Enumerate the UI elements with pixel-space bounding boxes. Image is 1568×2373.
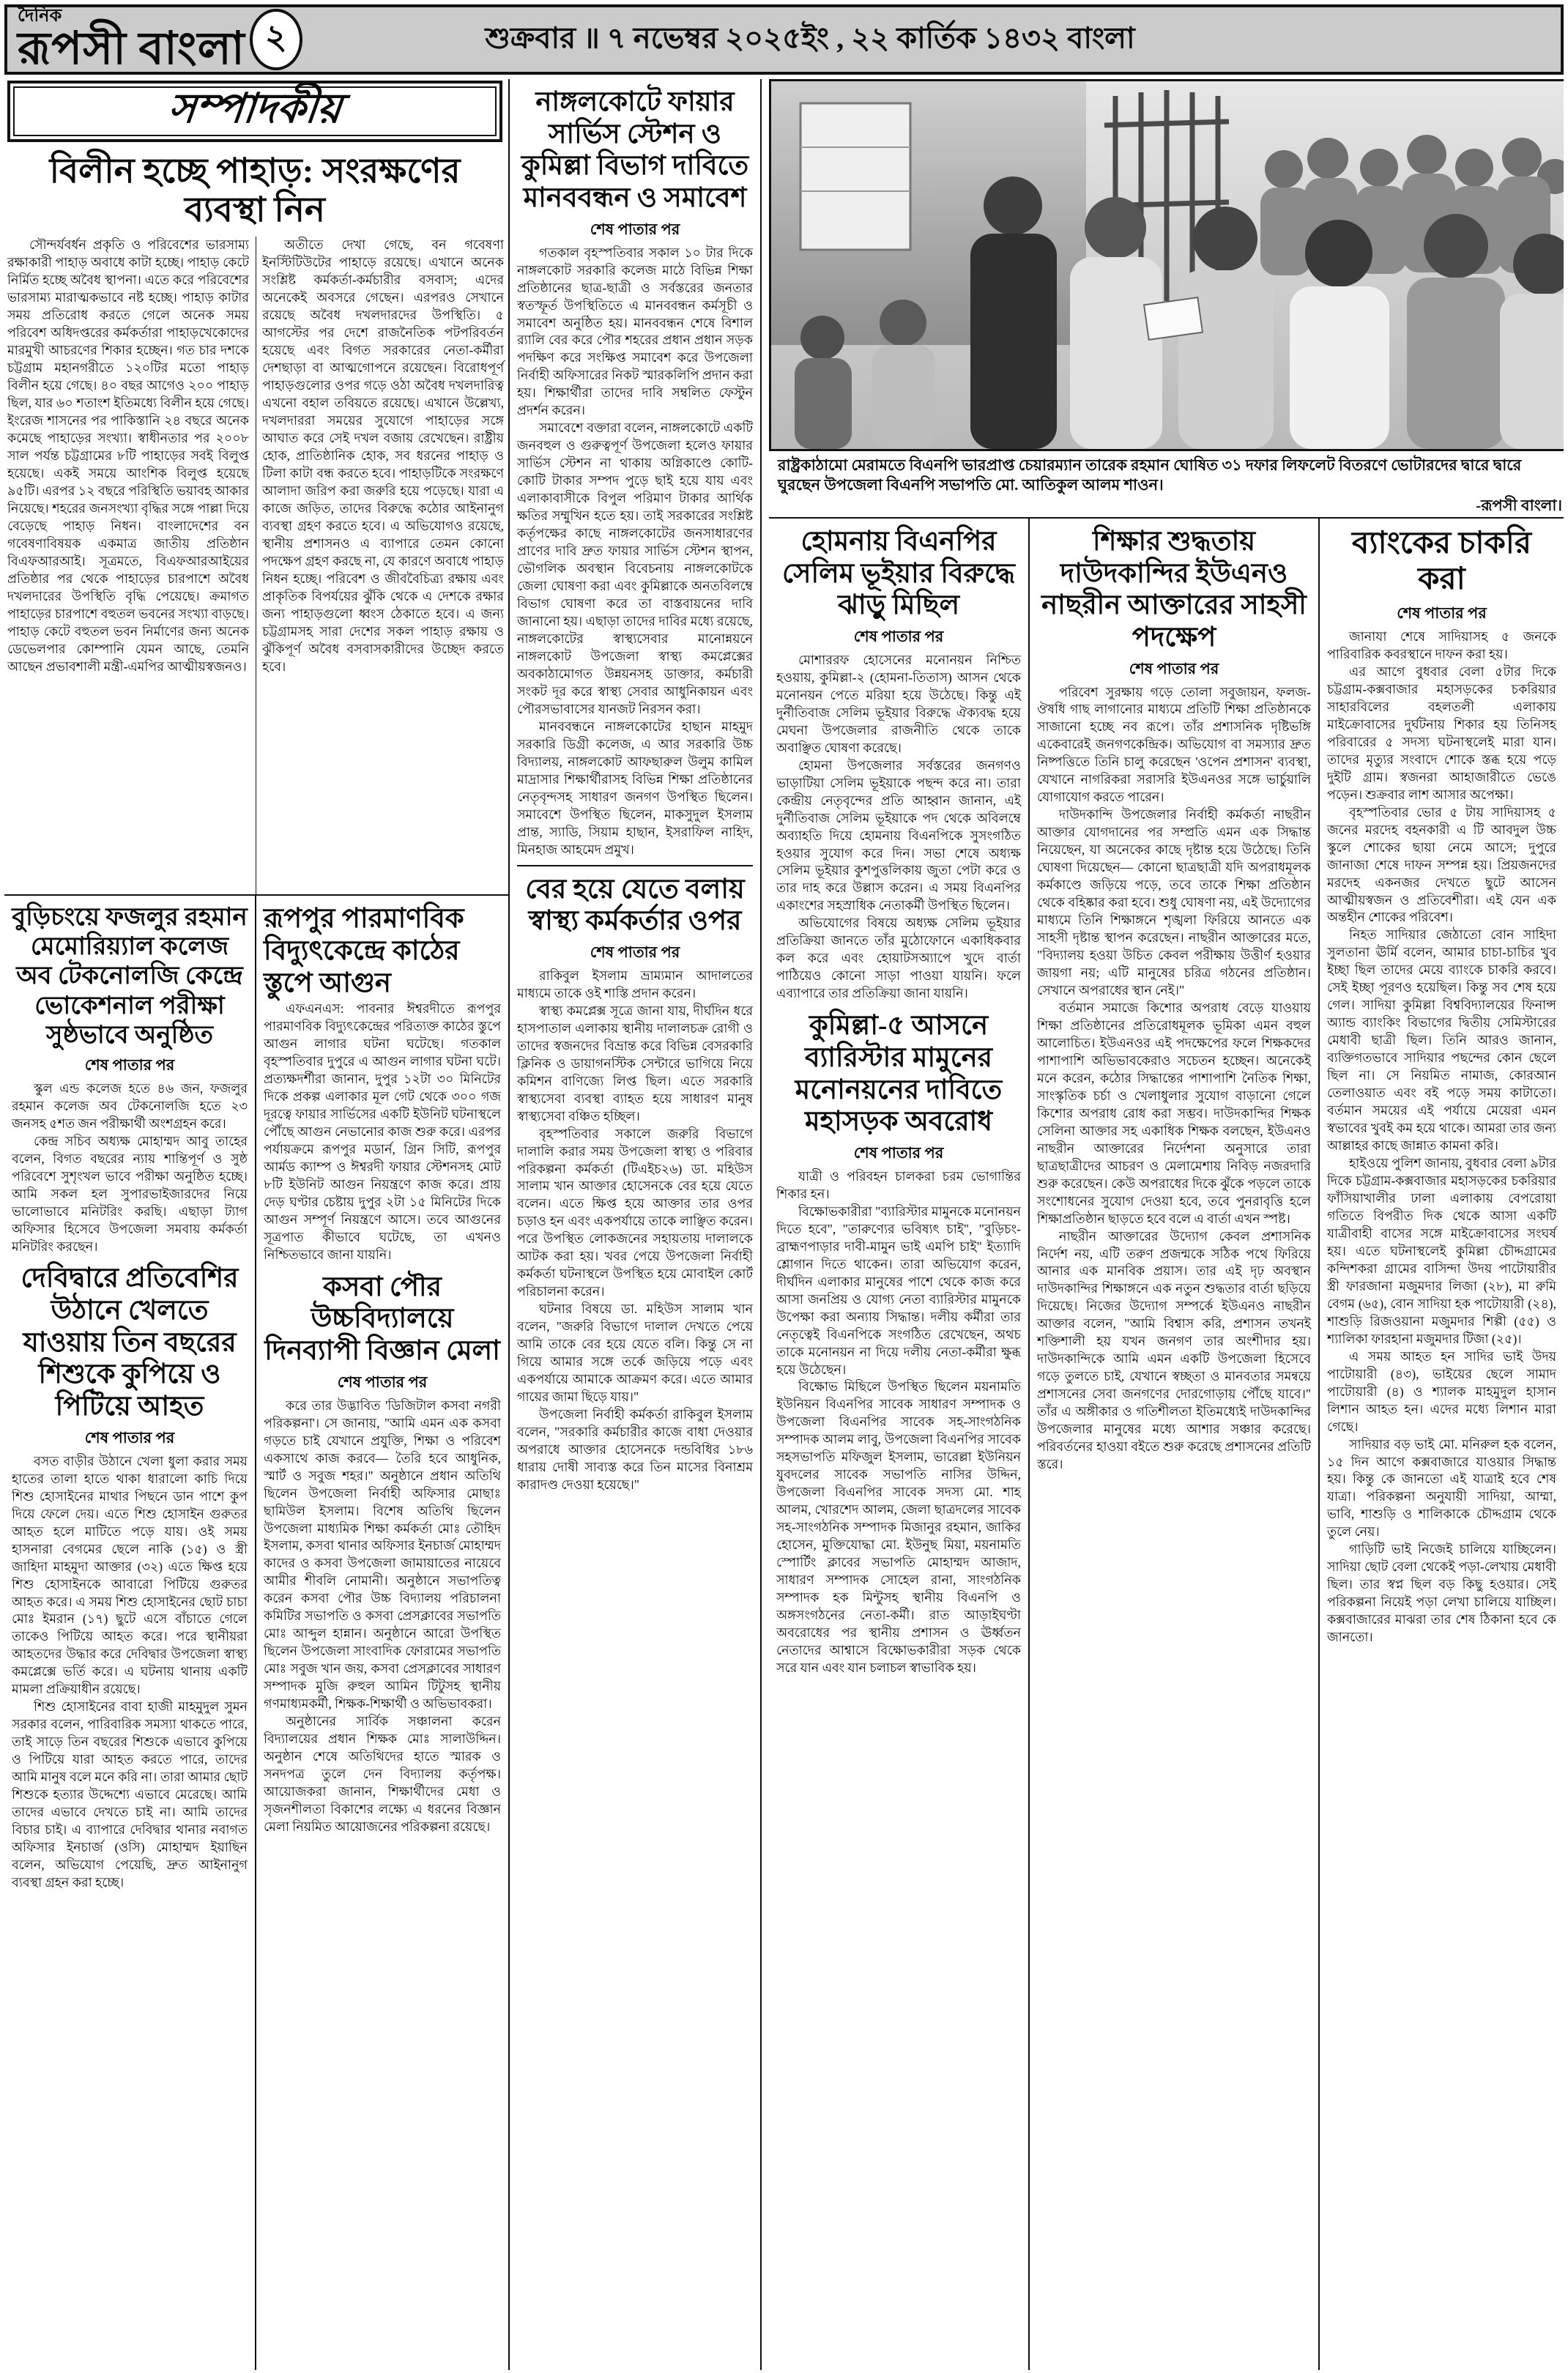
- article-body: বসত বাড়ীর উঠানে খেলা ধুলা করার সময় হাত…: [12, 1453, 248, 1892]
- newspaper-page: দৈনিক রূপসী বাংলা ২ শুক্রবার ॥ ৭ নভেম্বর…: [0, 0, 1568, 2373]
- continued-from-label: শেষ পাতার পর: [517, 218, 753, 243]
- newspaper-title: রূপসী বাংলা: [18, 26, 245, 72]
- column-4: হোমনায় বিএনপির সেলিম ভূইয়ার বিরুদ্ধে ঝ…: [769, 519, 1030, 2370]
- article-daudkandi: শিক্ষার শুদ্ধতায় দাউদকান্দির ইউএনও নাছর…: [1037, 526, 1311, 1474]
- photo-credit: -রূপসী বাংলা।: [1454, 496, 1562, 516]
- brand-daily-label: দৈনিক: [18, 7, 245, 25]
- article-debidwar: দেবিদ্বারে প্রতিবেশির উঠানে খেলতে যাওয়া…: [12, 1263, 248, 1892]
- article-headline: দেবিদ্বারে প্রতিবেশির উঠানে খেলতে যাওয়া…: [12, 1263, 248, 1422]
- article-kasba: কসবা পৌর উচ্চবিদ্যালয়ে দিনব্যাপী বিজ্ঞা…: [264, 1271, 501, 1836]
- newspaper-brand: দৈনিক রূপসী বাংলা ২: [18, 7, 302, 72]
- editorial-super-column: সম্পাদকীয় বিলীন হচ্ছে পাহাড়: সংরক্ষণের…: [4, 79, 510, 2370]
- article-body: করে তার উদ্ভাবিত 'ডিজিটাল কসবা নগরী পরিক…: [264, 1397, 501, 1836]
- column-6: ব্যাংকের চাকরি করা শেষ পাতার পর জানাযা শ…: [1320, 519, 1564, 2370]
- article-body: গতকাল বৃহস্পতিবার সকাল ১০ টার দিকে নাঙ্গ…: [517, 245, 753, 859]
- editorial-section-label: সম্পাদকীয়: [165, 79, 345, 146]
- photo-caption: রাষ্ট্রকাঠামো মেরামতে বিএনপি ভারপ্রাপ্ত …: [778, 456, 1562, 516]
- article-nangalkot: নাঙ্গলকোটে ফায়ার সার্ভিস স্টেশন ও কুমিল…: [517, 86, 753, 859]
- article-body: জানাযা শেষে সাদিয়াসহ ৫ জনকে পারিবারিক ক…: [1327, 628, 1556, 1646]
- photo-block: রাষ্ট্রকাঠামো মেরামতে বিএনপি ভারপ্রাপ্ত …: [762, 79, 1564, 517]
- continued-from-label: শেষ পাতার পর: [776, 1141, 1021, 1167]
- article-headline: হোমনায় বিএনপির সেলিম ভূইয়ার বিরুদ্ধে ঝ…: [776, 526, 1021, 622]
- article-headline: নাঙ্গলকোটে ফায়ার সার্ভিস স্টেশন ও কুমিল…: [517, 86, 753, 215]
- article-headline: বুড়িচংয়ে ফজলুর রহমান মেমোরিয়্যাল কলেজ…: [12, 903, 248, 1050]
- page-number-badge: ২: [250, 9, 302, 70]
- article-headline: ব্যাংকের চাকরি করা: [1327, 526, 1556, 598]
- dateline: শুক্রবার ॥ ৭ নভেম্বর ২০২৫ইং , ২২ কার্তিক…: [485, 15, 1134, 64]
- article-headline: কসবা পৌর উচ্চবিদ্যালয়ে দিনব্যাপী বিজ্ঞা…: [264, 1271, 501, 1367]
- article-headline: রূপপুর পারমাণবিক বিদ্যুৎকেন্দ্রে কাঠের স…: [264, 903, 501, 999]
- article-body: রাকিবুল ইসলাম ভ্রাম্যমান আদালতের মাধ্যমে…: [517, 968, 753, 1494]
- article-body: যাত্রী ও পরিবহন চালকরা চরম ভোগান্তির শিক…: [776, 1168, 1021, 1677]
- column-2: রূপপুর পারমাণবিক বিদ্যুৎকেন্দ্রে কাঠের স…: [256, 896, 508, 2370]
- continued-from-label: শেষ পাতার পর: [517, 940, 753, 966]
- photo-caption-text: রাষ্ট্রকাঠামো মেরামতে বিএনপি ভারপ্রাপ্ত …: [778, 456, 1562, 496]
- editorial-headline: বিলীন হচ্ছে পাহাড়: সংরক্ষণের ব্যবস্থা ন…: [6, 152, 504, 229]
- continued-from-label: শেষ পাতার পর: [776, 625, 1021, 650]
- left-lower-columns: বুড়িচংয়ে ফজলুর রহমান মেমোরিয়্যাল কলেজ…: [4, 894, 508, 2370]
- continued-from-label: শেষ পাতার পর: [264, 1370, 501, 1396]
- article-body: পরিবেশ সুরক্ষায় গড়ে তোলা সবুজায়ন, ফলজ…: [1037, 684, 1311, 1474]
- article-headline: কুমিল্লা-৫ আসনে ব্যারিস্টার মামুনের মনোন…: [776, 1010, 1021, 1138]
- continued-from-label: শেষ পাতার পর: [12, 1426, 248, 1452]
- article-headline: শিক্ষার শুদ্ধতায় দাউদকান্দির ইউএনও নাছর…: [1037, 526, 1311, 654]
- article-comilla5: কুমিল্লা-৫ আসনে ব্যারিস্টার মামুনের মনোন…: [776, 1010, 1021, 1677]
- article-body: স্কুল এন্ড কলেজ হতে ৪৬ জন, ফজলুর রহমান ক…: [12, 1080, 248, 1256]
- news-photo: [769, 79, 1564, 451]
- article-body: এফএনএস: পাবনার ঈশ্বরদীতে রূপপুর পারমাণবি…: [264, 1000, 501, 1264]
- continued-from-label: শেষ পাতার পর: [12, 1053, 248, 1079]
- article-bank-job: ব্যাংকের চাকরি করা শেষ পাতার পর জানাযা শ…: [1327, 526, 1556, 1646]
- column-1: বুড়িচংয়ে ফজলুর রহমান মেমোরিয়্যাল কলেজ…: [4, 896, 256, 2370]
- continued-from-label: শেষ পাতার পর: [1037, 657, 1311, 683]
- article-ruppur: রূপপুর পারমাণবিক বিদ্যুৎকেন্দ্রে কাঠের স…: [264, 903, 501, 1264]
- column-5: শিক্ষার শুদ্ধতায় দাউদকান্দির ইউএনও নাছর…: [1030, 519, 1320, 2370]
- article-headline: বের হয়ে যেতে বলায় স্বাস্থ্য কর্মকর্তার…: [517, 874, 753, 937]
- article-burichang: বুড়িচংয়ে ফজলুর রহমান মেমোরিয়্যাল কলেজ…: [12, 903, 248, 1255]
- article-health-officer: বের হয়ে যেতে বলায় স্বাস্থ্য কর্মকর্তার…: [517, 865, 753, 1494]
- right-lower-columns: হোমনায় বিএনপির সেলিম ভূইয়ার বিরুদ্ধে ঝ…: [769, 517, 1564, 2370]
- masthead: দৈনিক রূপসী বাংলা ২ শুক্রবার ॥ ৭ নভেম্বর…: [4, 4, 1564, 75]
- editorial-section-box: সম্পাদকীয়: [7, 81, 502, 142]
- continued-from-label: শেষ পাতার পর: [1327, 601, 1556, 627]
- article-homna: হোমনায় বিএনপির সেলিম ভূইয়ার বিরুদ্ধে ঝ…: [776, 526, 1021, 1003]
- editorial-body: সৌন্দর্যবর্ধন প্রকৃতি ও পরিবেশের ভারসাম্…: [4, 237, 508, 894]
- article-body: মোশাররফ হোসেনের মনোনয়ন নিশ্চিত হওয়ায়,…: [776, 652, 1021, 1003]
- column-3: নাঙ্গলকোটে ফায়ার সার্ভিস স্টেশন ও কুমিল…: [510, 79, 762, 2370]
- right-super-column: রাষ্ট্রকাঠামো মেরামতে বিএনপি ভারপ্রাপ্ত …: [762, 79, 1564, 2370]
- page-content: সম্পাদকীয় বিলীন হচ্ছে পাহাড়: সংরক্ষণের…: [4, 79, 1564, 2370]
